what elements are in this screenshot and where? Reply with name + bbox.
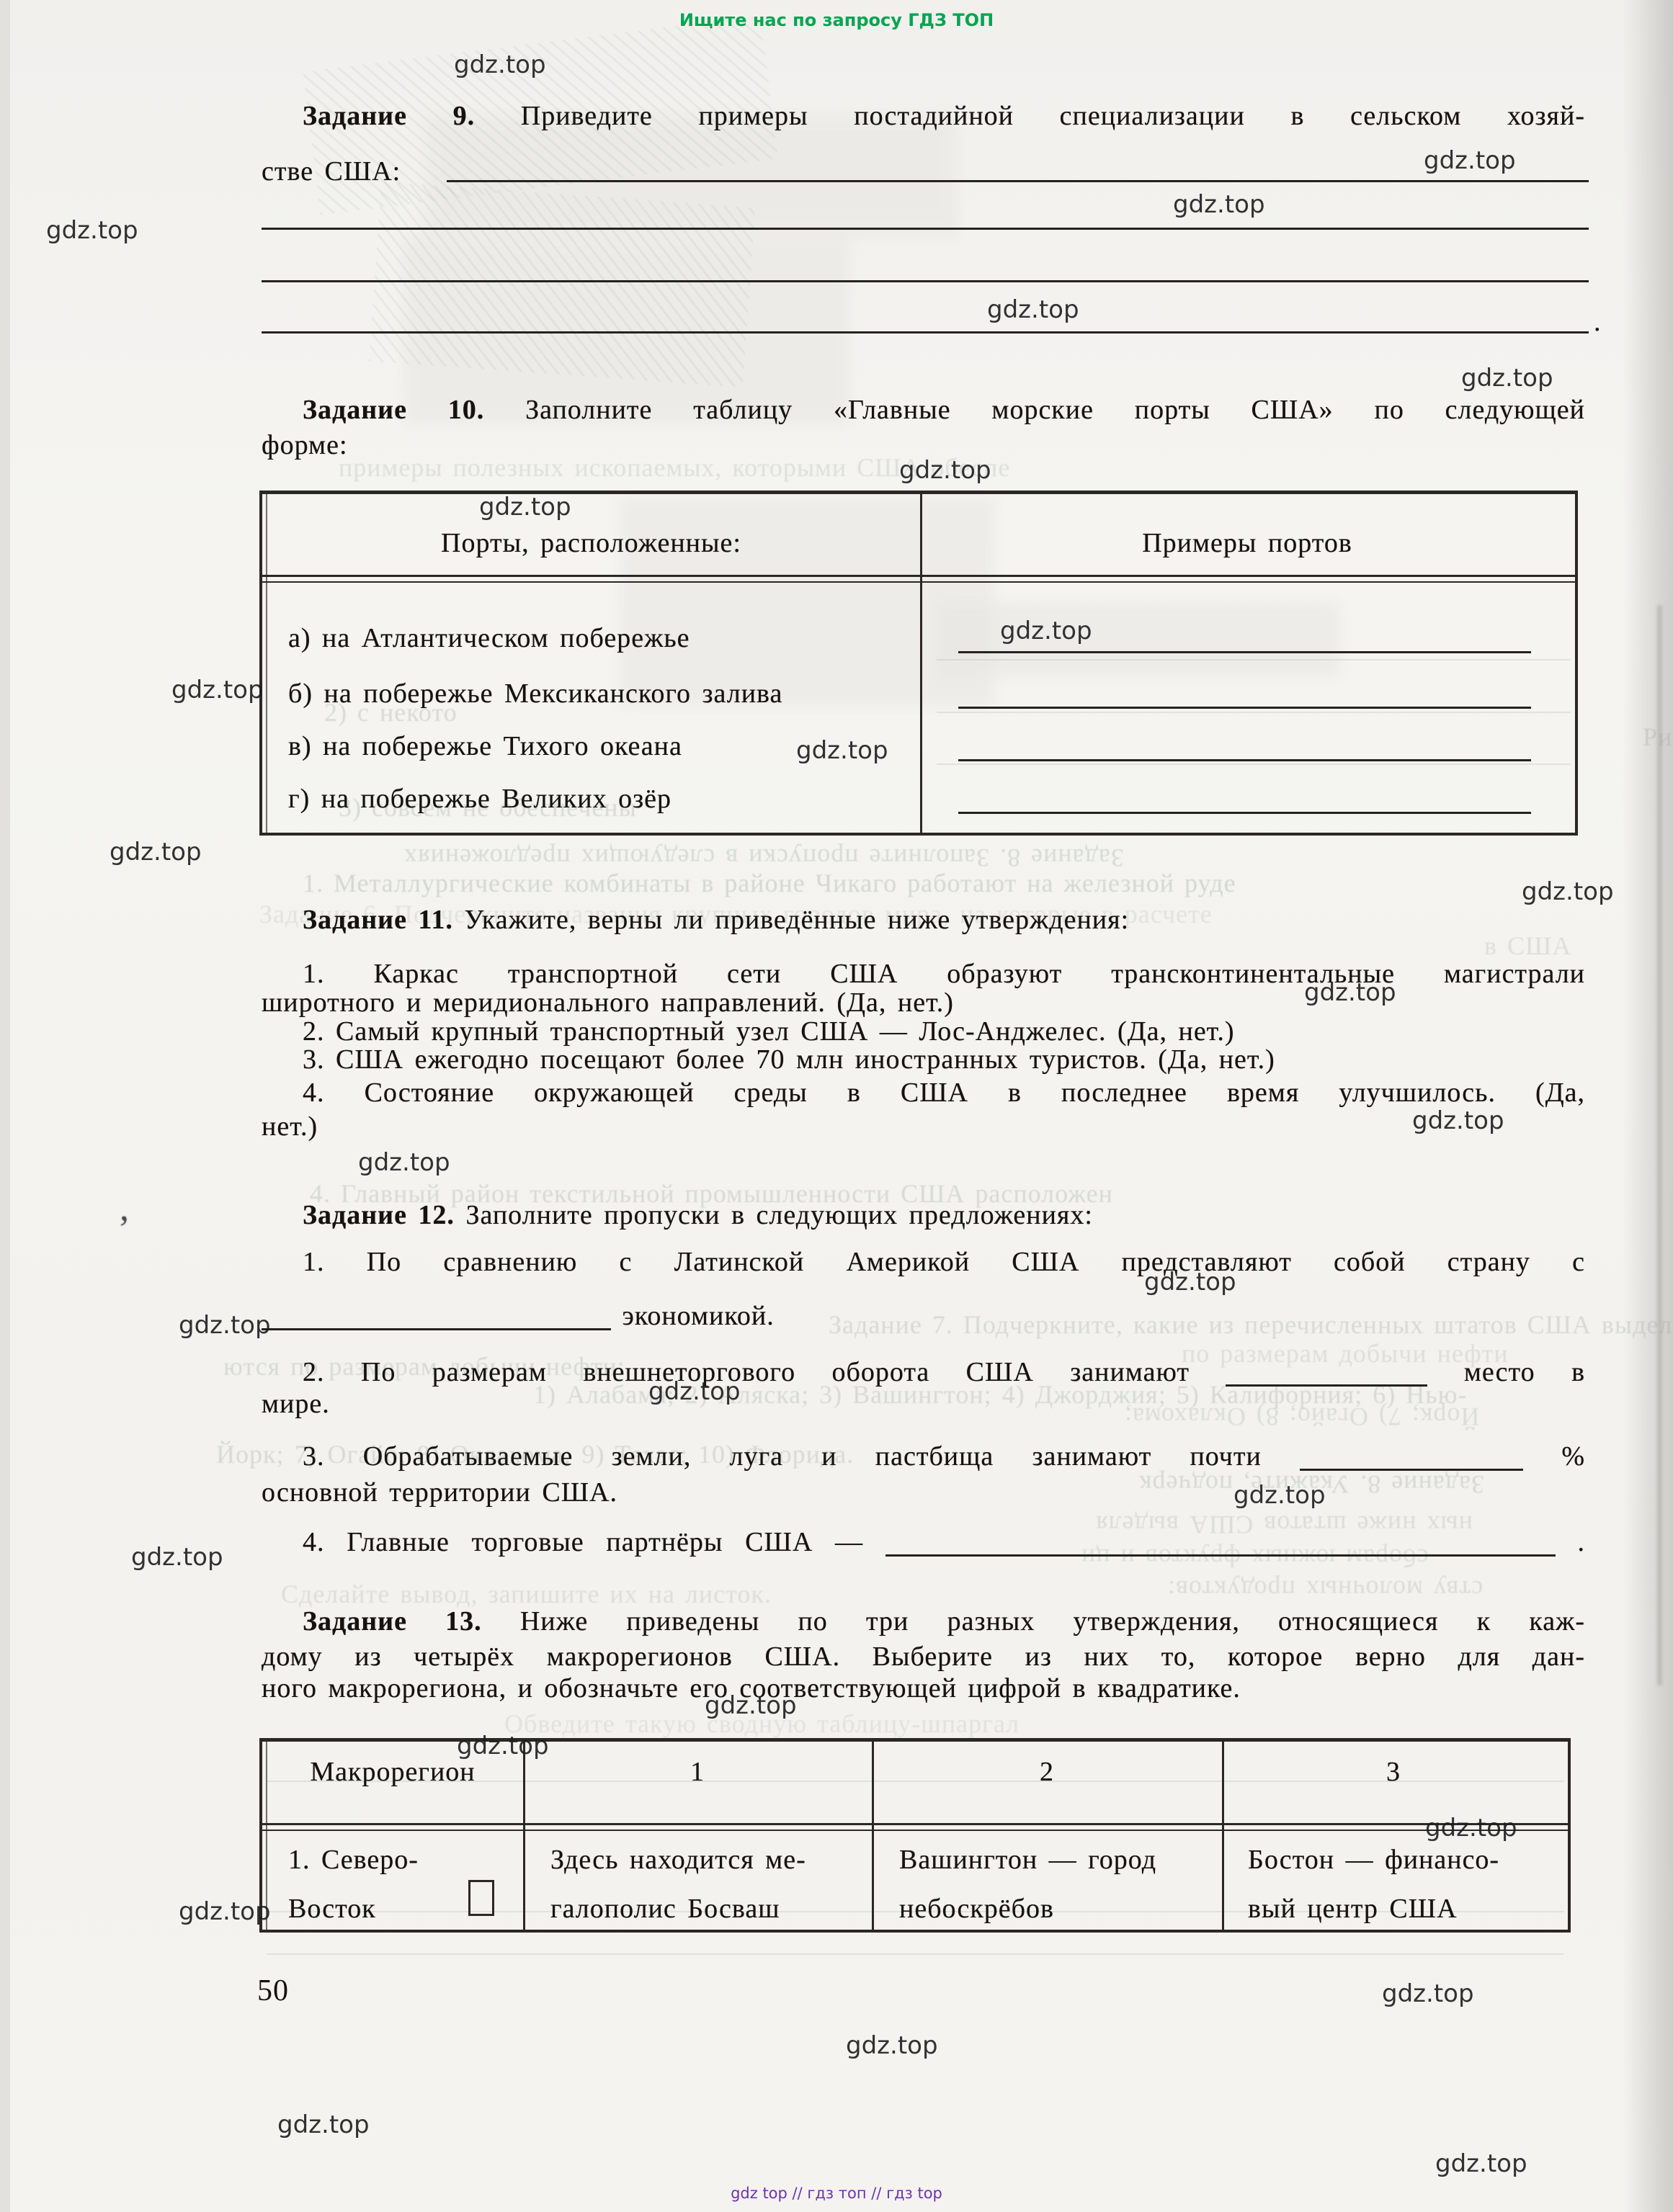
answer-line	[447, 180, 1589, 182]
gdz-watermark: gdz.top	[179, 1311, 271, 1340]
bleedthrough-text: Йорк; 7) Огайо; 8) Оклахома;	[1124, 1402, 1479, 1432]
task11-label: Задание 11.	[303, 905, 453, 935]
gdz-watermark: gdz.top	[846, 2031, 938, 2060]
gdz-watermark: gdz.top	[277, 2110, 370, 2139]
task12-s2-after: место в	[1464, 1357, 1585, 1387]
ports-table-col1-header: Порты, расположенные:	[262, 527, 920, 559]
task13-title-line2: дому из четырёх макрорегионов США. Выбер…	[262, 1642, 1585, 1673]
footer-watermark: gdz top // гдз топ // гдз top	[0, 2185, 1673, 2202]
task12-s1-line2: экономикой.	[262, 1301, 775, 1332]
gdz-watermark: gdz.top	[479, 493, 571, 521]
task12-s1-after: экономикой.	[623, 1301, 775, 1331]
task9-title-line1: Задание 9. Приведите примеры постадийной…	[303, 101, 1585, 132]
task13-title-text1: Ниже приведены по три разных утверждения…	[520, 1606, 1585, 1636]
task12-s4-after: .	[1578, 1527, 1586, 1557]
blank-slot	[262, 1301, 611, 1330]
statement3-line2: вый центр США	[1248, 1893, 1458, 1925]
answer-line	[958, 812, 1531, 814]
task12-label: Задание 12.	[303, 1200, 455, 1230]
bleedthrough-text: 1. Металлургические комбинаты в районе Ч…	[303, 868, 1236, 898]
page-right-edge	[1623, 0, 1673, 2212]
gdz-watermark: gdz.top	[46, 216, 138, 245]
bleedthrough-text: Сделайте вывод, запишите их на листок.	[281, 1579, 772, 1609]
task9-label: Задание 9.	[303, 101, 475, 131]
answer-line	[262, 280, 1589, 282]
task9-period: .	[1594, 307, 1602, 338]
gdz-watermark: gdz.top	[1233, 1481, 1326, 1510]
macroregions-header-2: 2	[872, 1756, 1222, 1788]
gdz-watermark: gdz.top	[358, 1148, 450, 1177]
gdz-watermark: gdz.top	[1382, 1979, 1474, 2008]
task12-s4: 4. Главные торговые партнёры США — .	[303, 1527, 1585, 1558]
task12-s3-line1: 3. Обрабатываемые земли, луга и пастбища…	[303, 1441, 1585, 1472]
ports-table: Порты, расположенные: Примеры портов а) …	[259, 491, 1578, 836]
gdz-watermark: gdz.top	[179, 1897, 271, 1926]
bleedthrough-text: Задание 7. Подчеркните, какие из перечис…	[829, 1309, 1673, 1340]
statement2-line2: небоскрёбов	[899, 1893, 1054, 1925]
bleedthrough-text: ству молочных продуктов:	[1167, 1575, 1483, 1605]
statement1-line2: галополис Босваш	[550, 1893, 780, 1925]
task10-title-line1: Задание 10. Заполните таблицу «Главные м…	[303, 395, 1585, 426]
task13-label: Задание 13.	[303, 1606, 482, 1636]
gdz-watermark: gdz.top	[796, 736, 888, 765]
task12-title-text: Заполните пропуски в следующих предложен…	[465, 1200, 1093, 1230]
gdz-watermark: gdz.top	[1144, 1268, 1236, 1297]
macroregions-header-region: Макрорегион	[262, 1756, 523, 1788]
blank-slot	[1300, 1441, 1523, 1471]
task12-title: Задание 12. Заполните пропуски в следующ…	[303, 1200, 1093, 1231]
task13-title-line1: Задание 13. Ниже приведены по три разных…	[303, 1606, 1585, 1637]
task11-statement3: 3. США ежегодно посещают более 70 млн ин…	[303, 1044, 1275, 1075]
task12-s3-before: 3. Обрабатываемые земли, луга и пастбища…	[303, 1441, 1262, 1472]
task12-s2-before: 2. По размерам внешнеторгового оборота С…	[303, 1357, 1190, 1387]
task11-title-text: Укажите, верны ли приведённые ниже утвер…	[464, 905, 1129, 935]
ports-row-gulf: б) на побережье Мексиканского залива	[288, 678, 782, 709]
answer-line	[958, 707, 1531, 709]
task11-statement4-line2: нет.)	[262, 1111, 318, 1142]
macroregions-header-3: 3	[1222, 1756, 1565, 1788]
page-edge-shadow	[1657, 605, 1662, 1685]
answer-line	[958, 651, 1531, 653]
ports-row-atlantic: а) на Атлантическом побережье	[288, 622, 690, 654]
task9-title-line2: стве США:	[262, 156, 401, 187]
region-checkbox	[468, 1880, 494, 1916]
task12-s3-line2: основной территории США.	[262, 1477, 617, 1508]
macroregions-header-separator	[262, 1823, 1568, 1831]
macroregions-table: Макрорегион 1 2 3 1. Северо- Восток Здес…	[259, 1738, 1571, 1933]
bleedthrough-text: ,	[120, 1187, 130, 1230]
gdz-watermark: gdz.top	[705, 1691, 797, 1720]
gdz-watermark: gdz.top	[454, 50, 546, 79]
task12-s2-line1: 2. По размерам внешнеторгового оборота С…	[303, 1357, 1585, 1388]
task10-title-text: Заполните таблицу «Главные морские порты…	[525, 395, 1585, 425]
ports-table-col2-header: Примеры портов	[922, 527, 1572, 559]
statement2-line1: Вашингтон — город	[899, 1844, 1156, 1876]
gdz-watermark: gdz.top	[171, 676, 264, 704]
task10-title-line2: форме:	[262, 430, 348, 461]
task11-statement4-line1: 4. Состояние окружающей среды в США в по…	[303, 1078, 1585, 1109]
task12-s3-after: %	[1561, 1441, 1585, 1472]
gdz-watermark: gdz.top	[1000, 617, 1092, 645]
blank-slot	[1226, 1357, 1427, 1387]
gdz-watermark: gdz.top	[1424, 146, 1516, 175]
task11-statement1-line2: широтного и меридионального направлений.…	[262, 988, 954, 1018]
gdz-watermark: gdz.top	[1461, 364, 1553, 393]
map-bleed-hatch	[369, 182, 755, 388]
region-name-line2: Восток	[288, 1893, 376, 1925]
answer-line	[958, 759, 1531, 761]
task9-title-text: Приведите примеры постадийной специализа…	[521, 101, 1585, 131]
task12-s1-line1: 1. По сравнению с Латинской Америкой США…	[303, 1247, 1585, 1278]
page-number: 50	[257, 1974, 289, 2008]
blank-slot	[885, 1527, 1556, 1557]
gdz-watermark: gdz.top	[457, 1732, 549, 1760]
promo-header: Ищите нас по запросу ГДЗ ТОП	[0, 10, 1673, 30]
workbook-page: Ищите нас по запросу ГДЗ ТОП Задание 9. …	[0, 0, 1673, 2212]
answer-line	[262, 228, 1589, 230]
ports-table-header-separator	[262, 575, 1575, 583]
task11-statement2: 2. Самый крупный транспортный узел США —…	[303, 1016, 1235, 1047]
task12-s4-before: 4. Главные торговые партнёры США —	[303, 1527, 863, 1557]
ports-row-pacific: в) на побережье Тихого океана	[288, 730, 682, 762]
gdz-watermark: gdz.top	[1435, 2149, 1527, 2178]
gdz-watermark: gdz.top	[1522, 877, 1614, 906]
gdz-watermark: gdz.top	[1425, 1814, 1517, 1842]
gdz-watermark: gdz.top	[648, 1377, 741, 1406]
page-left-edge	[0, 0, 10, 2212]
macroregions-header-1: 1	[523, 1756, 872, 1788]
gdz-watermark: gdz.top	[899, 456, 991, 485]
gdz-watermark: gdz.top	[1412, 1106, 1504, 1135]
ports-row-greatlakes: г) на побережье Великих озёр	[288, 783, 672, 815]
gdz-watermark: gdz.top	[131, 1543, 223, 1572]
task12-s2-line2: мире.	[262, 1389, 330, 1420]
bleedthrough-text: в США	[1484, 931, 1571, 961]
gdz-watermark: gdz.top	[987, 295, 1079, 324]
task10-label: Задание 10.	[303, 395, 484, 425]
statement3-line1: Бостон — финансо-	[1248, 1844, 1499, 1876]
gdz-watermark: gdz.top	[1304, 978, 1396, 1007]
bleed-line	[267, 1953, 1563, 1955]
region-name-line1: 1. Северо-	[288, 1844, 419, 1876]
gdz-watermark: gdz.top	[1173, 190, 1265, 219]
task11-title: Задание 11. Укажите, верны ли приведённы…	[303, 905, 1129, 936]
answer-line	[262, 331, 1589, 333]
statement1-line1: Здесь находится ме-	[550, 1844, 806, 1876]
gdz-watermark: gdz.top	[110, 838, 202, 867]
